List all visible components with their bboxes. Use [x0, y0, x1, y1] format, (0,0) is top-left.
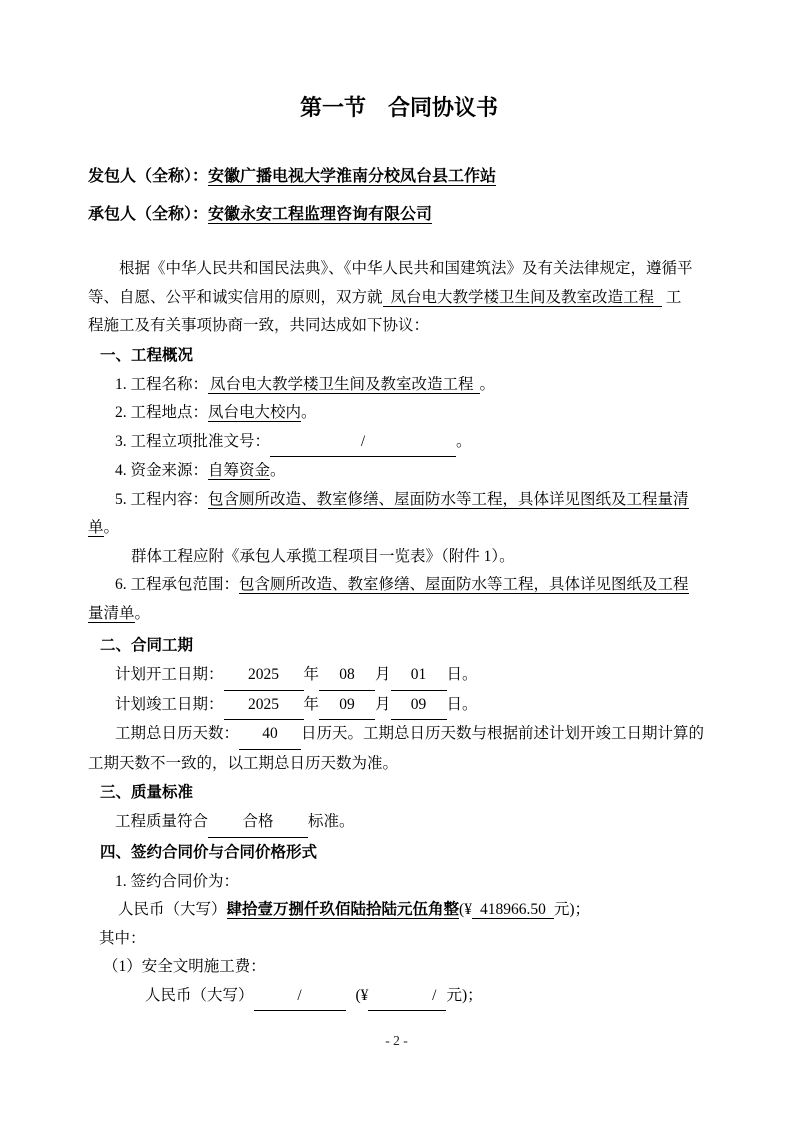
start-month-blank: 08 — [319, 661, 375, 691]
rmb-caps-label: 人民币（大写） — [145, 987, 254, 1004]
scope-label: 6. 工程承包范围： — [115, 576, 239, 593]
quality-post-text: 标准。 — [308, 813, 355, 830]
section-4-heading: 四、签约合同价与合同价格形式 — [88, 838, 710, 868]
parties-block: 发包人（全称）：安徽广播电视大学淮南分校凤台县工作站 承包人（全称）：安徽永安工… — [88, 158, 710, 234]
document-title: 第一节 合同协议书 — [88, 94, 710, 122]
planned-finish-date-line: 计划竣工日期：2025年09月09日。 — [88, 691, 710, 721]
preamble-line-2-pre: 等、自愿、公平和诚实信用的原则，双方就 — [88, 289, 383, 306]
total-days-text: 日历天。工期总日历天数与根据前述计划开竣工日期计算的 — [301, 725, 704, 742]
day-suffix: 日。 — [447, 696, 478, 713]
document-content: 第一节 合同协议书 发包人（全称）：安徽广播电视大学淮南分校凤台县工作站 承包人… — [88, 94, 710, 1011]
scope-value-line-1: 包含厕所改造、教室修缮、屋面防水等工程，具体详见图纸及工程 — [239, 576, 689, 594]
employer-label: 发包人（全称）： — [88, 168, 208, 185]
period: 。 — [104, 519, 120, 536]
start-date-label: 计划开工日期： — [115, 666, 224, 683]
item-project-location: 2. 工程地点：凤台电大校内。 — [88, 399, 710, 428]
finish-date-label: 计划竣工日期： — [115, 696, 224, 713]
among-which-line: 其中： — [88, 925, 710, 954]
project-name-value: 凤台电大教学楼卫生间及教室改造工程 — [208, 376, 480, 394]
safety-fee-amount-line: 人民币（大写）/(¥/元)； — [88, 982, 710, 1012]
paren-open: (¥ — [356, 987, 369, 1004]
contract-price-line: 人民币（大写）肆拾壹万捌仟玖佰陆拾陆元伍角整(¥418966.50元)； — [88, 896, 710, 925]
section-2-heading: 二、合同工期 — [88, 631, 710, 661]
contractor-label: 承包人（全称）： — [88, 206, 208, 223]
total-days-label: 工期总日历天数： — [115, 725, 239, 742]
preamble-line-3: 程施工及有关事项协商一致，共同达成如下协议： — [88, 312, 710, 341]
section-3-heading: 三、质量标准 — [88, 778, 710, 808]
paren-close: 元)； — [554, 901, 590, 918]
day-suffix: 日。 — [447, 666, 478, 683]
start-day-blank: 01 — [391, 661, 447, 691]
content-value-line-2: 单 — [88, 519, 104, 537]
item-project-name: 1. 工程名称：凤台电大教学楼卫生间及教室改造工程。 — [88, 371, 710, 400]
rmb-caps-label: 人民币（大写） — [118, 901, 227, 918]
total-days-blank: 40 — [239, 720, 301, 750]
start-year-blank: 2025 — [224, 661, 304, 691]
period: 。 — [301, 404, 317, 421]
item-scope-content-line-1: 5. 工程内容：包含厕所改造、教室修缮、屋面防水等工程，具体详见图纸及工程量清 — [88, 486, 710, 515]
location-label: 2. 工程地点： — [115, 404, 208, 421]
quality-pre-text: 工程质量符合 — [115, 813, 208, 830]
contract-document-page: 第一节 合同协议书 发包人（全称）：安徽广播电视大学淮南分校凤台县工作站 承包人… — [0, 0, 793, 1122]
contract-price-intro: 1. 签约合同价为： — [88, 868, 710, 897]
item-funding-source: 4. 资金来源：自筹资金。 — [88, 457, 710, 486]
year-char: 年 — [304, 696, 320, 713]
approval-blank: / — [270, 428, 456, 458]
group-project-note: 群体工程应附《承包人承揽工程项目一览表》（附件 1）。 — [88, 543, 710, 572]
content-label: 5. 工程内容： — [115, 491, 208, 508]
quality-standard-line: 工程质量符合合格标准。 — [88, 808, 710, 838]
total-duration-line-2: 工期天数不一致的，以工期总日历天数为准。 — [88, 750, 710, 779]
period: 。 — [270, 462, 286, 479]
content-value-line-1: 包含厕所改造、教室修缮、屋面防水等工程，具体详见图纸及工程量清 — [208, 491, 689, 509]
scope-value-line-2: 量清单 — [88, 605, 135, 623]
finish-year-blank: 2025 — [224, 691, 304, 721]
item-approval-number: 3. 工程立项批准文号：/。 — [88, 428, 710, 458]
contractor-line: 承包人（全称）：安徽永安工程监理咨询有限公司 — [88, 196, 710, 234]
total-duration-line-1: 工期总日历天数：40日历天。工期总日历天数与根据前述计划开竣工日期计算的 — [88, 720, 710, 750]
project-name-underlined: 凤台电大教学楼卫生间及教室改造工程 — [383, 289, 663, 307]
year-char: 年 — [304, 666, 320, 683]
location-value: 凤台电大校内 — [208, 404, 301, 422]
project-name-label: 1. 工程名称： — [115, 376, 208, 393]
funding-label: 4. 资金来源： — [115, 462, 208, 479]
period: 。 — [456, 433, 472, 450]
safety-fee-words-blank: / — [254, 982, 346, 1012]
section-1-heading: 一、工程概况 — [88, 341, 710, 371]
paren-open: (¥ — [459, 901, 472, 918]
planned-start-date-line: 计划开工日期：2025年08月01日。 — [88, 661, 710, 691]
safety-fee-digits-blank: / — [368, 982, 446, 1012]
preamble-paragraph: 根据《中华人民共和国民法典》、《中华人民共和国建筑法》及有关法律规定，遵循平 等… — [88, 255, 710, 341]
employer-name: 安徽广播电视大学淮南分校凤台县工作站 — [208, 168, 496, 186]
contractor-name: 安徽永安工程监理咨询有限公司 — [208, 206, 432, 224]
item-contract-scope-line-2: 量清单。 — [88, 600, 710, 629]
funding-value: 自筹资金 — [208, 462, 270, 480]
amount-in-digits: 418966.50 — [472, 901, 554, 919]
item-scope-content-line-2: 单。 — [88, 514, 710, 543]
amount-in-words: 肆拾壹万捌仟玖佰陆拾陆元伍角整 — [227, 901, 460, 919]
finish-month-blank: 09 — [319, 691, 375, 721]
safety-fee-label-line: （1）安全文明施工费： — [88, 953, 710, 982]
month-char: 月 — [375, 666, 391, 683]
preamble-line-2-post: 工 — [662, 289, 681, 306]
period: 。 — [135, 605, 151, 622]
item-contract-scope-line-1: 6. 工程承包范围：包含厕所改造、教室修缮、屋面防水等工程，具体详见图纸及工程 — [88, 571, 710, 600]
preamble-line-2: 等、自愿、公平和诚实信用的原则，双方就凤台电大教学楼卫生间及教室改造工程 工 — [88, 284, 710, 313]
paren-close: 元)； — [446, 987, 482, 1004]
quality-grade-blank: 合格 — [208, 808, 308, 838]
month-char: 月 — [375, 696, 391, 713]
preamble-line-1: 根据《中华人民共和国民法典》、《中华人民共和国建筑法》及有关法律规定，遵循平 — [88, 255, 710, 284]
period: 。 — [480, 376, 496, 393]
approval-label: 3. 工程立项批准文号： — [115, 433, 270, 450]
page-number: - 2 - — [0, 1033, 793, 1049]
finish-day-blank: 09 — [391, 691, 447, 721]
employer-line: 发包人（全称）：安徽广播电视大学淮南分校凤台县工作站 — [88, 158, 710, 196]
